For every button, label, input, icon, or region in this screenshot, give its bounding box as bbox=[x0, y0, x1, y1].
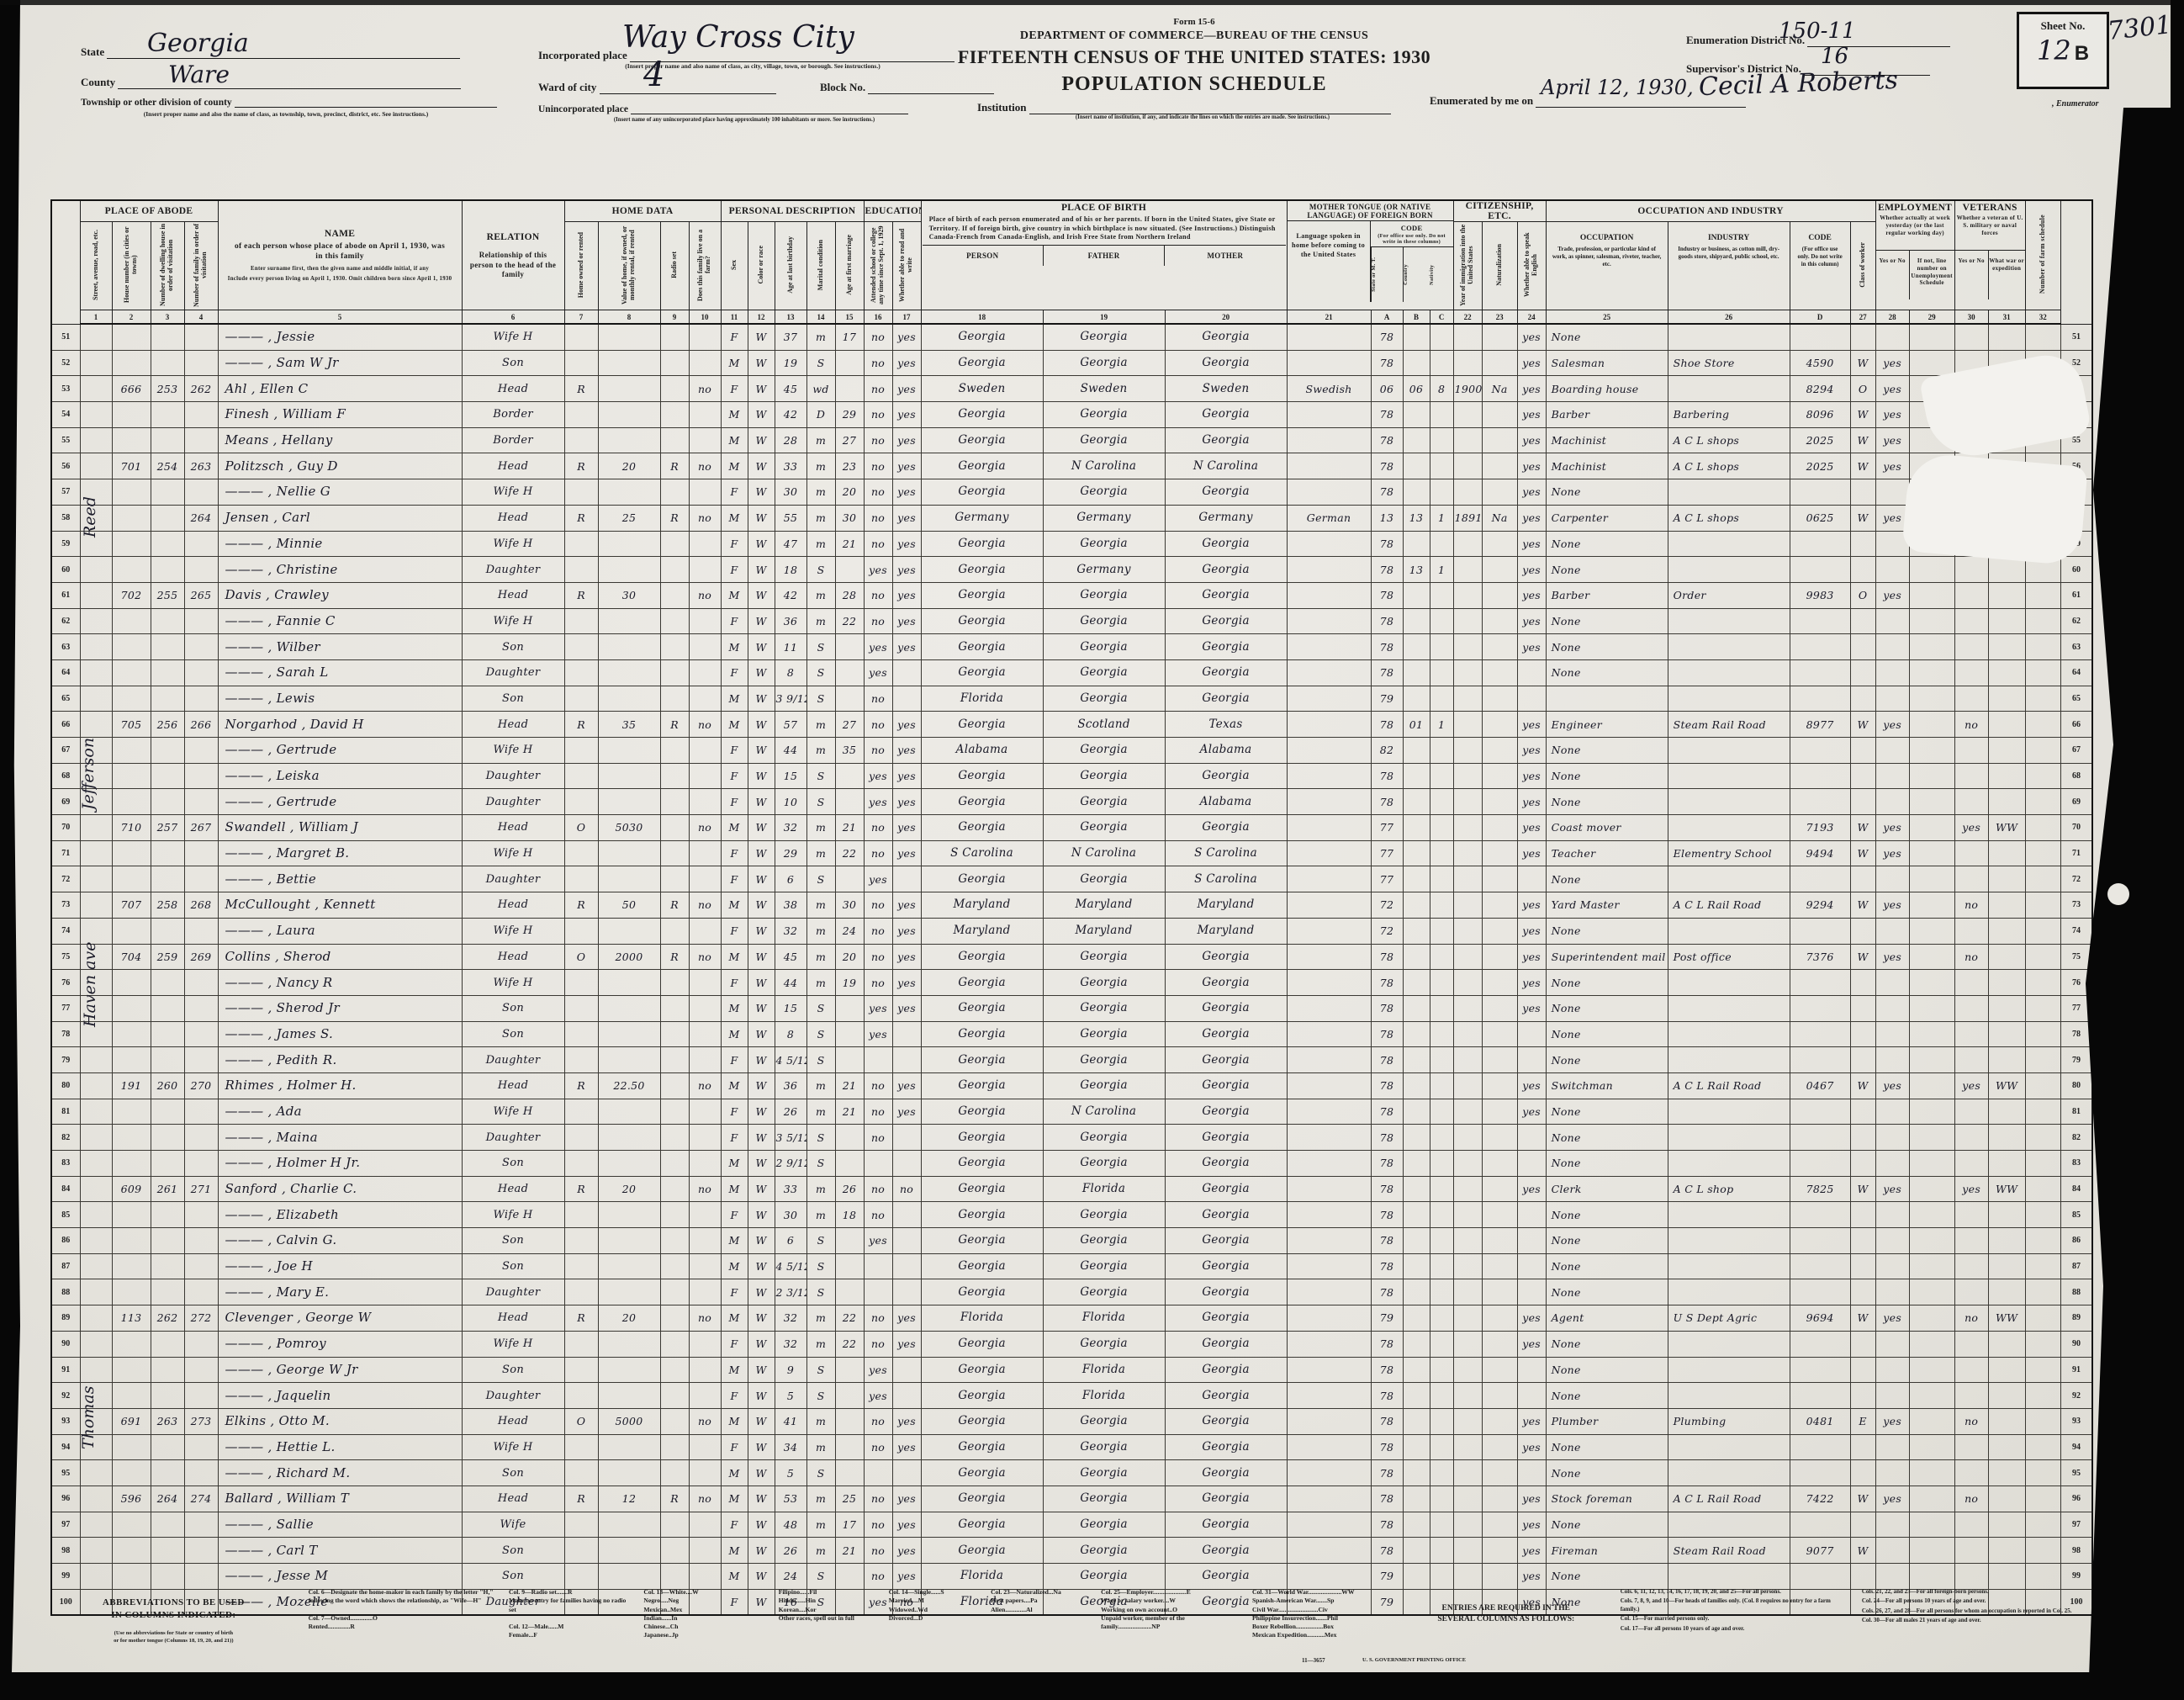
cell-house-number bbox=[112, 840, 151, 866]
cell-code-country bbox=[1403, 866, 1430, 892]
cell-worker-class bbox=[1850, 866, 1875, 892]
col-header-school: Attended school or college any time sinc… bbox=[864, 222, 892, 310]
cell-naturalization bbox=[1482, 1357, 1517, 1383]
cell-home-value bbox=[598, 995, 660, 1021]
cell-mother-tongue bbox=[1287, 1408, 1371, 1434]
person-row: 67——— , GertrudeWife HFW44m35noyesAlabam… bbox=[51, 738, 2092, 764]
cell-unemployment-line bbox=[1909, 763, 1954, 789]
group-citizenship: CITIZENSHIP, ETC. bbox=[1453, 200, 1546, 222]
cell-color-or-race: W bbox=[748, 815, 775, 841]
cell-house-number bbox=[112, 1512, 151, 1538]
cell-mother-tongue bbox=[1287, 1253, 1371, 1279]
cell-line: 80 bbox=[51, 1072, 80, 1099]
cell-industry: Elementry School bbox=[1668, 840, 1790, 866]
cell-code-nativity bbox=[1430, 427, 1453, 453]
cell-sex: F bbox=[721, 659, 748, 686]
cell-name: Sanford , Charlie C. bbox=[218, 1176, 462, 1202]
person-row: 53666253262Ahl , Ellen CHeadRnoFW45wdnoy… bbox=[51, 376, 2092, 402]
cell-code-nativity bbox=[1430, 789, 1453, 815]
cell-speaks-english bbox=[1517, 866, 1546, 892]
cell-radio-set bbox=[660, 815, 689, 841]
cell-home-value: 12 bbox=[598, 1486, 660, 1512]
cell-house-number bbox=[112, 350, 151, 376]
column-number: 23 bbox=[1482, 310, 1517, 325]
cell-relation: Son bbox=[462, 1151, 564, 1177]
cell-birthplace-father: Georgia bbox=[1043, 608, 1165, 634]
cell-radio-set bbox=[660, 1434, 689, 1460]
cell-lives-on-farm: no bbox=[689, 944, 721, 970]
cell-birthplace-father: Florida bbox=[1043, 1176, 1165, 1202]
cell-war bbox=[1988, 840, 2025, 866]
cell-birthplace-person: Georgia bbox=[921, 995, 1043, 1021]
cell-color-or-race: W bbox=[748, 1072, 775, 1099]
cell-unemployment-line bbox=[1909, 1125, 1954, 1151]
cell-farm-schedule bbox=[2025, 738, 2060, 764]
cell-naturalization bbox=[1482, 1331, 1517, 1357]
cell-home-owned-or-rented bbox=[564, 557, 598, 583]
cell-code-nativity bbox=[1430, 1253, 1453, 1279]
cell-line: 64 bbox=[2060, 659, 2092, 686]
cell-relation: Son bbox=[462, 350, 564, 376]
cell-immigration-year bbox=[1453, 918, 1482, 944]
cell-veteran: no bbox=[1954, 1408, 1988, 1434]
cell-code-state: 78 bbox=[1371, 763, 1403, 789]
cell-home-value bbox=[598, 1099, 660, 1125]
cell-attended-school: no bbox=[864, 453, 892, 479]
cell-attended-school: no bbox=[864, 582, 892, 608]
person-row: 75704259269Collins , SherodHeadO2000RnoM… bbox=[51, 944, 2092, 970]
cell-speaks-english: yes bbox=[1517, 995, 1546, 1021]
cell-naturalization bbox=[1482, 453, 1517, 479]
cell-veteran: no bbox=[1954, 944, 1988, 970]
block-field: Block No. bbox=[820, 81, 994, 94]
cell-radio-set bbox=[660, 1099, 689, 1125]
cell-line: 64 bbox=[51, 659, 80, 686]
cell-age: 18 bbox=[775, 557, 806, 583]
cell-color-or-race: W bbox=[748, 1538, 775, 1564]
cell-dwelling-number bbox=[151, 995, 184, 1021]
cell-family-number: 265 bbox=[184, 582, 218, 608]
cell-house-number: 702 bbox=[112, 582, 151, 608]
cell-name: Rhimes , Holmer H. bbox=[218, 1072, 462, 1099]
column-number: 19 bbox=[1043, 310, 1165, 325]
cell-immigration-year bbox=[1453, 1151, 1482, 1177]
cell-birthplace-mother: Georgia bbox=[1165, 427, 1287, 453]
cell-marital-condition: m bbox=[806, 1331, 835, 1357]
col-header-farm-schedule: Number of farm schedule bbox=[2025, 200, 2060, 310]
cell-sex: M bbox=[721, 1538, 748, 1564]
cell-occupation: None bbox=[1546, 1202, 1668, 1228]
cell-family-number: 271 bbox=[184, 1176, 218, 1202]
cell-code-nativity bbox=[1430, 1331, 1453, 1357]
cell-code-country bbox=[1403, 1279, 1430, 1305]
cell-attended-school: yes bbox=[864, 789, 892, 815]
cell-worker-class bbox=[1850, 1383, 1875, 1409]
cell-occupation: None bbox=[1546, 1125, 1668, 1151]
column-number: 24 bbox=[1517, 310, 1546, 325]
cell-occupation: None bbox=[1546, 1279, 1668, 1305]
cell-occupation: None bbox=[1546, 1564, 1668, 1590]
cell-able-to-read-write: yes bbox=[892, 738, 921, 764]
cell-immigration-year: 1900 bbox=[1453, 376, 1482, 402]
cell-house-number bbox=[112, 479, 151, 506]
cell-naturalization bbox=[1482, 1564, 1517, 1590]
cell-code-country: 06 bbox=[1403, 376, 1430, 402]
ward-value: 4 bbox=[643, 56, 664, 94]
cell-line: 99 bbox=[2060, 1564, 2092, 1590]
cell-home-value bbox=[598, 402, 660, 428]
cell-immigration-year bbox=[1453, 608, 1482, 634]
cell-attended-school: no bbox=[864, 608, 892, 634]
cell-radio-set bbox=[660, 970, 689, 996]
cell-age-at-first-marriage bbox=[835, 1460, 864, 1486]
cell-sex: M bbox=[721, 892, 748, 919]
cell-line: 68 bbox=[51, 763, 80, 789]
cell-industry bbox=[1668, 1512, 1790, 1538]
cell-worker-class: O bbox=[1850, 582, 1875, 608]
cell-age-at-first-marriage: 22 bbox=[835, 840, 864, 866]
cell-industry bbox=[1668, 1047, 1790, 1073]
cell-birthplace-person: Georgia bbox=[921, 1151, 1043, 1177]
cell-attended-school: no bbox=[864, 712, 892, 738]
cell-line: 65 bbox=[2060, 686, 2092, 712]
cell-occupation: Coast mover bbox=[1546, 815, 1668, 841]
abbrev-col9-col12: Col. 9—Radio set.......R Make no entry f… bbox=[509, 1588, 632, 1669]
cell-attended-school: no bbox=[864, 1486, 892, 1512]
cell-attended-school: no bbox=[864, 892, 892, 919]
cell-birthplace-father: Georgia bbox=[1043, 995, 1165, 1021]
cell-birthplace-mother: Georgia bbox=[1165, 479, 1287, 506]
cell-radio-set bbox=[660, 659, 689, 686]
cell-veteran bbox=[1954, 1125, 1988, 1151]
cell-attended-school: no bbox=[864, 1202, 892, 1228]
column-number: 1 bbox=[80, 310, 112, 325]
cell-unemployment-line bbox=[1909, 324, 1954, 350]
cell-dwelling-number: 253 bbox=[151, 376, 184, 402]
cell-able-to-read-write: yes bbox=[892, 944, 921, 970]
cell-able-to-read-write bbox=[892, 1383, 921, 1409]
cell-lives-on-farm: no bbox=[689, 712, 721, 738]
cell-worked-yesterday: yes bbox=[1875, 944, 1909, 970]
cell-line: 86 bbox=[51, 1228, 80, 1254]
cell-line: 70 bbox=[2060, 815, 2092, 841]
cell-radio-set bbox=[660, 1279, 689, 1305]
cell-lives-on-farm bbox=[689, 1383, 721, 1409]
cell-attended-school: no bbox=[864, 970, 892, 996]
cell-color-or-race: W bbox=[748, 1021, 775, 1047]
cell-speaks-english: yes bbox=[1517, 479, 1546, 506]
cell-birthplace-father: Georgia bbox=[1043, 763, 1165, 789]
column-number: 22 bbox=[1453, 310, 1482, 325]
cell-dwelling-number bbox=[151, 1512, 184, 1538]
cell-family-number bbox=[184, 1564, 218, 1590]
cell-birthplace-father: Georgia bbox=[1043, 1228, 1165, 1254]
cell-house-number bbox=[112, 995, 151, 1021]
cell-sex: M bbox=[721, 402, 748, 428]
entries-required-list-2: Cols. 21, 22, and 23—For all foreign-bor… bbox=[1862, 1588, 2091, 1669]
cell-name: ——— , Nellie G bbox=[218, 479, 462, 506]
cell-industry bbox=[1668, 1331, 1790, 1357]
column-number: 5 bbox=[218, 310, 462, 325]
cell-able-to-read-write: yes bbox=[892, 350, 921, 376]
cell-industry: Post office bbox=[1668, 944, 1790, 970]
cell-worker-class: W bbox=[1850, 350, 1875, 376]
cell-birthplace-person: Georgia bbox=[921, 608, 1043, 634]
cell-war bbox=[1988, 1099, 2025, 1125]
cell-line: 72 bbox=[51, 866, 80, 892]
cell-war bbox=[1988, 918, 2025, 944]
cell-name: ——— , Margret B. bbox=[218, 840, 462, 866]
cell-code-country bbox=[1403, 1486, 1430, 1512]
cell-worked-yesterday bbox=[1875, 1357, 1909, 1383]
cell-immigration-year bbox=[1453, 1072, 1482, 1099]
cell-line: 60 bbox=[51, 557, 80, 583]
cell-code-state: 78 bbox=[1371, 1383, 1403, 1409]
cell-home-value bbox=[598, 840, 660, 866]
cell-line: 62 bbox=[51, 608, 80, 634]
cell-line: 92 bbox=[51, 1383, 80, 1409]
cell-line: 68 bbox=[2060, 763, 2092, 789]
cell-worked-yesterday: yes bbox=[1875, 1072, 1909, 1099]
cell-sex: F bbox=[721, 1125, 748, 1151]
cell-code-nativity bbox=[1430, 918, 1453, 944]
person-row: 72——— , BettieDaughterFW6SyesGeorgiaGeor… bbox=[51, 866, 2092, 892]
cell-family-number bbox=[184, 1512, 218, 1538]
cell-worker-class: W bbox=[1850, 712, 1875, 738]
cell-birthplace-mother: Germany bbox=[1165, 505, 1287, 531]
col-header-farm: Does this family live on a farm? bbox=[689, 222, 721, 310]
cell-code-country bbox=[1403, 738, 1430, 764]
cell-birthplace-father: Georgia bbox=[1043, 1202, 1165, 1228]
cell-code-state: 78 bbox=[1371, 608, 1403, 634]
cell-naturalization: Na bbox=[1482, 505, 1517, 531]
cell-line: 84 bbox=[2060, 1176, 2092, 1202]
cell-lives-on-farm bbox=[689, 686, 721, 712]
cell-war bbox=[1988, 1434, 2025, 1460]
cell-color-or-race: W bbox=[748, 531, 775, 557]
group-header-row: PLACE OF ABODE NAME of each person whose… bbox=[51, 200, 2092, 222]
cell-age: 37 bbox=[775, 324, 806, 350]
person-row: 93691263273Elkins , Otto M.HeadO5000noMW… bbox=[51, 1408, 2092, 1434]
cell-lives-on-farm bbox=[689, 789, 721, 815]
cell-marital-condition: m bbox=[806, 479, 835, 506]
cell-war bbox=[1988, 1538, 2025, 1564]
person-row: 78——— , James S.SonMW8SyesGeorgiaGeorgia… bbox=[51, 1021, 2092, 1047]
cell-code-state: 79 bbox=[1371, 1564, 1403, 1590]
cell-occupation: None bbox=[1546, 1099, 1668, 1125]
cell-dwelling-number bbox=[151, 1253, 184, 1279]
cell-farm-schedule bbox=[2025, 1564, 2060, 1590]
cell-marital-condition: S bbox=[806, 763, 835, 789]
cell-naturalization bbox=[1482, 763, 1517, 789]
cell-relation: Head bbox=[462, 815, 564, 841]
cell-marital-condition: D bbox=[806, 402, 835, 428]
cell-speaks-english: yes bbox=[1517, 840, 1546, 866]
cell-farm-schedule bbox=[2025, 324, 2060, 350]
cell-industry bbox=[1668, 1099, 1790, 1125]
cell-immigration-year bbox=[1453, 763, 1482, 789]
cell-age: 48 bbox=[775, 1512, 806, 1538]
cell-home-owned-or-rented bbox=[564, 659, 598, 686]
cell-home-value bbox=[598, 1460, 660, 1486]
cell-mother-tongue bbox=[1287, 738, 1371, 764]
cell-radio-set bbox=[660, 634, 689, 660]
cell-mother-tongue bbox=[1287, 608, 1371, 634]
cell-home-value bbox=[598, 1538, 660, 1564]
cell-dwelling-number bbox=[151, 970, 184, 996]
cell-home-owned-or-rented bbox=[564, 1564, 598, 1590]
cell-line: 81 bbox=[51, 1099, 80, 1125]
cell-mother-tongue bbox=[1287, 686, 1371, 712]
column-number: 14 bbox=[806, 310, 835, 325]
column-number: 28 bbox=[1875, 310, 1909, 325]
cell-family-number bbox=[184, 350, 218, 376]
column-number: 27 bbox=[1850, 310, 1875, 325]
cell-marital-condition: S bbox=[806, 995, 835, 1021]
cell-street bbox=[80, 582, 112, 608]
cell-age-at-first-marriage: 24 bbox=[835, 918, 864, 944]
group-home-data: HOME DATA bbox=[564, 200, 721, 222]
cell-birthplace-mother: Georgia bbox=[1165, 1408, 1287, 1434]
cell-war bbox=[1988, 763, 2025, 789]
cell-occupation: None bbox=[1546, 1383, 1668, 1409]
cell-farm-schedule bbox=[2025, 1279, 2060, 1305]
cell-worked-yesterday bbox=[1875, 479, 1909, 506]
cell-speaks-english: yes bbox=[1517, 1564, 1546, 1590]
cell-industry bbox=[1668, 1564, 1790, 1590]
column-number: 26 bbox=[1668, 310, 1790, 325]
cell-war bbox=[1988, 582, 2025, 608]
cell-worked-yesterday bbox=[1875, 608, 1909, 634]
cell-birthplace-father: Georgia bbox=[1043, 1512, 1165, 1538]
cell-unemployment-line bbox=[1909, 1047, 1954, 1073]
cell-age-at-first-marriage bbox=[835, 1047, 864, 1073]
cell-unemployment-line bbox=[1909, 686, 1954, 712]
cell-farm-schedule bbox=[2025, 918, 2060, 944]
cell-family-number bbox=[184, 866, 218, 892]
group-relation: RELATION Relationship of this person to … bbox=[462, 200, 564, 310]
cell-mother-tongue bbox=[1287, 1357, 1371, 1383]
cell-home-value: 20 bbox=[598, 1176, 660, 1202]
cell-worker-class bbox=[1850, 789, 1875, 815]
cell-war bbox=[1988, 1357, 2025, 1383]
cell-line: 51 bbox=[2060, 324, 2092, 350]
cell-age-at-first-marriage: 17 bbox=[835, 1512, 864, 1538]
column-number-row: 123456789101112131415161718192021ABC2223… bbox=[51, 310, 2092, 325]
cell-home-owned-or-rented bbox=[564, 789, 598, 815]
cell-home-value bbox=[598, 1125, 660, 1151]
person-row: 62——— , Fannie CWife HFW36m22noyesGeorgi… bbox=[51, 608, 2092, 634]
cell-radio-set bbox=[660, 427, 689, 453]
cell-dwelling-number bbox=[151, 1564, 184, 1590]
cell-immigration-year bbox=[1453, 1564, 1482, 1590]
cell-occupation: None bbox=[1546, 659, 1668, 686]
cell-home-owned-or-rented bbox=[564, 1460, 598, 1486]
cell-age-at-first-marriage: 22 bbox=[835, 1305, 864, 1332]
cell-birthplace-person: Alabama bbox=[921, 738, 1043, 764]
cell-worked-yesterday bbox=[1875, 324, 1909, 350]
cell-code-state: 78 bbox=[1371, 1047, 1403, 1073]
cell-code-country bbox=[1403, 1228, 1430, 1254]
cell-code-state: 78 bbox=[1371, 324, 1403, 350]
cell-code-nativity bbox=[1430, 1279, 1453, 1305]
cell-worker-class bbox=[1850, 1331, 1875, 1357]
cell-unemployment-line bbox=[1909, 1331, 1954, 1357]
cell-relation: Wife bbox=[462, 1512, 564, 1538]
cell-industry bbox=[1668, 866, 1790, 892]
cell-occupation: Agent bbox=[1546, 1305, 1668, 1332]
cell-mother-tongue bbox=[1287, 1383, 1371, 1409]
cell-age: 5 bbox=[775, 1383, 806, 1409]
cell-birthplace-mother: Georgia bbox=[1165, 1228, 1287, 1254]
cell-marital-condition: S bbox=[806, 1357, 835, 1383]
cell-birthplace-person: Florida bbox=[921, 1564, 1043, 1590]
cell-lives-on-farm bbox=[689, 1331, 721, 1357]
cell-radio-set bbox=[660, 1305, 689, 1332]
cell-unemployment-line bbox=[1909, 1305, 1954, 1332]
cell-dwelling-number bbox=[151, 427, 184, 453]
cell-name: Politzsch , Guy D bbox=[218, 453, 462, 479]
cell-code-country bbox=[1403, 1357, 1430, 1383]
cell-occupation-code: 9694 bbox=[1790, 1305, 1850, 1332]
cell-sex: M bbox=[721, 1486, 748, 1512]
cell-marital-condition: S bbox=[806, 789, 835, 815]
cell-name: ——— , Wilber bbox=[218, 634, 462, 660]
cell-age: 28 bbox=[775, 427, 806, 453]
cell-line: 66 bbox=[51, 712, 80, 738]
cell-birthplace-father: Sweden bbox=[1043, 376, 1165, 402]
cell-occupation-code bbox=[1790, 634, 1850, 660]
col-header-read-write: Whether able to read and write bbox=[892, 222, 921, 310]
cell-name: ——— , Lewis bbox=[218, 686, 462, 712]
cell-birthplace-mother: Georgia bbox=[1165, 1486, 1287, 1512]
person-row: 63——— , WilberSonMW11SyesyesGeorgiaGeorg… bbox=[51, 634, 2092, 660]
person-row: 86——— , Calvin G.SonMW6SyesGeorgiaGeorgi… bbox=[51, 1228, 2092, 1254]
col-header-person: PERSON bbox=[923, 246, 1044, 266]
cell-birthplace-person: Georgia bbox=[921, 1279, 1043, 1305]
cell-birthplace-father: Georgia bbox=[1043, 1253, 1165, 1279]
cell-house-number bbox=[112, 324, 151, 350]
cell-attended-school: yes bbox=[864, 1021, 892, 1047]
column-number: 32 bbox=[2025, 310, 2060, 325]
cell-able-to-read-write: yes bbox=[892, 840, 921, 866]
cell-home-value: 2000 bbox=[598, 944, 660, 970]
cell-marital-condition: S bbox=[806, 634, 835, 660]
cell-relation: Head bbox=[462, 944, 564, 970]
cell-unemployment-line bbox=[1909, 1228, 1954, 1254]
cell-code-nativity bbox=[1430, 1538, 1453, 1564]
cell-home-owned-or-rented bbox=[564, 970, 598, 996]
cell-occupation-code bbox=[1790, 1357, 1850, 1383]
col-header-home-owned: Home owned or rented bbox=[564, 222, 598, 310]
cell-family-number bbox=[184, 1434, 218, 1460]
cell-home-value bbox=[598, 1021, 660, 1047]
cell-industry bbox=[1668, 1253, 1790, 1279]
col-header-father: FATHER bbox=[1044, 246, 1165, 266]
cell-home-owned-or-rented bbox=[564, 1331, 598, 1357]
cell-code-state: 78 bbox=[1371, 1357, 1403, 1383]
column-number: 4 bbox=[184, 310, 218, 325]
cell-worked-yesterday: yes bbox=[1875, 350, 1909, 376]
cell-occupation: None bbox=[1546, 763, 1668, 789]
cell-house-number: 666 bbox=[112, 376, 151, 402]
cell-immigration-year bbox=[1453, 1357, 1482, 1383]
cell-family-number bbox=[184, 1021, 218, 1047]
cell-farm-schedule bbox=[2025, 815, 2060, 841]
cell-name: ——— , Sarah L bbox=[218, 659, 462, 686]
cell-occupation-code: 8977 bbox=[1790, 712, 1850, 738]
cell-name: Finesh , William F bbox=[218, 402, 462, 428]
